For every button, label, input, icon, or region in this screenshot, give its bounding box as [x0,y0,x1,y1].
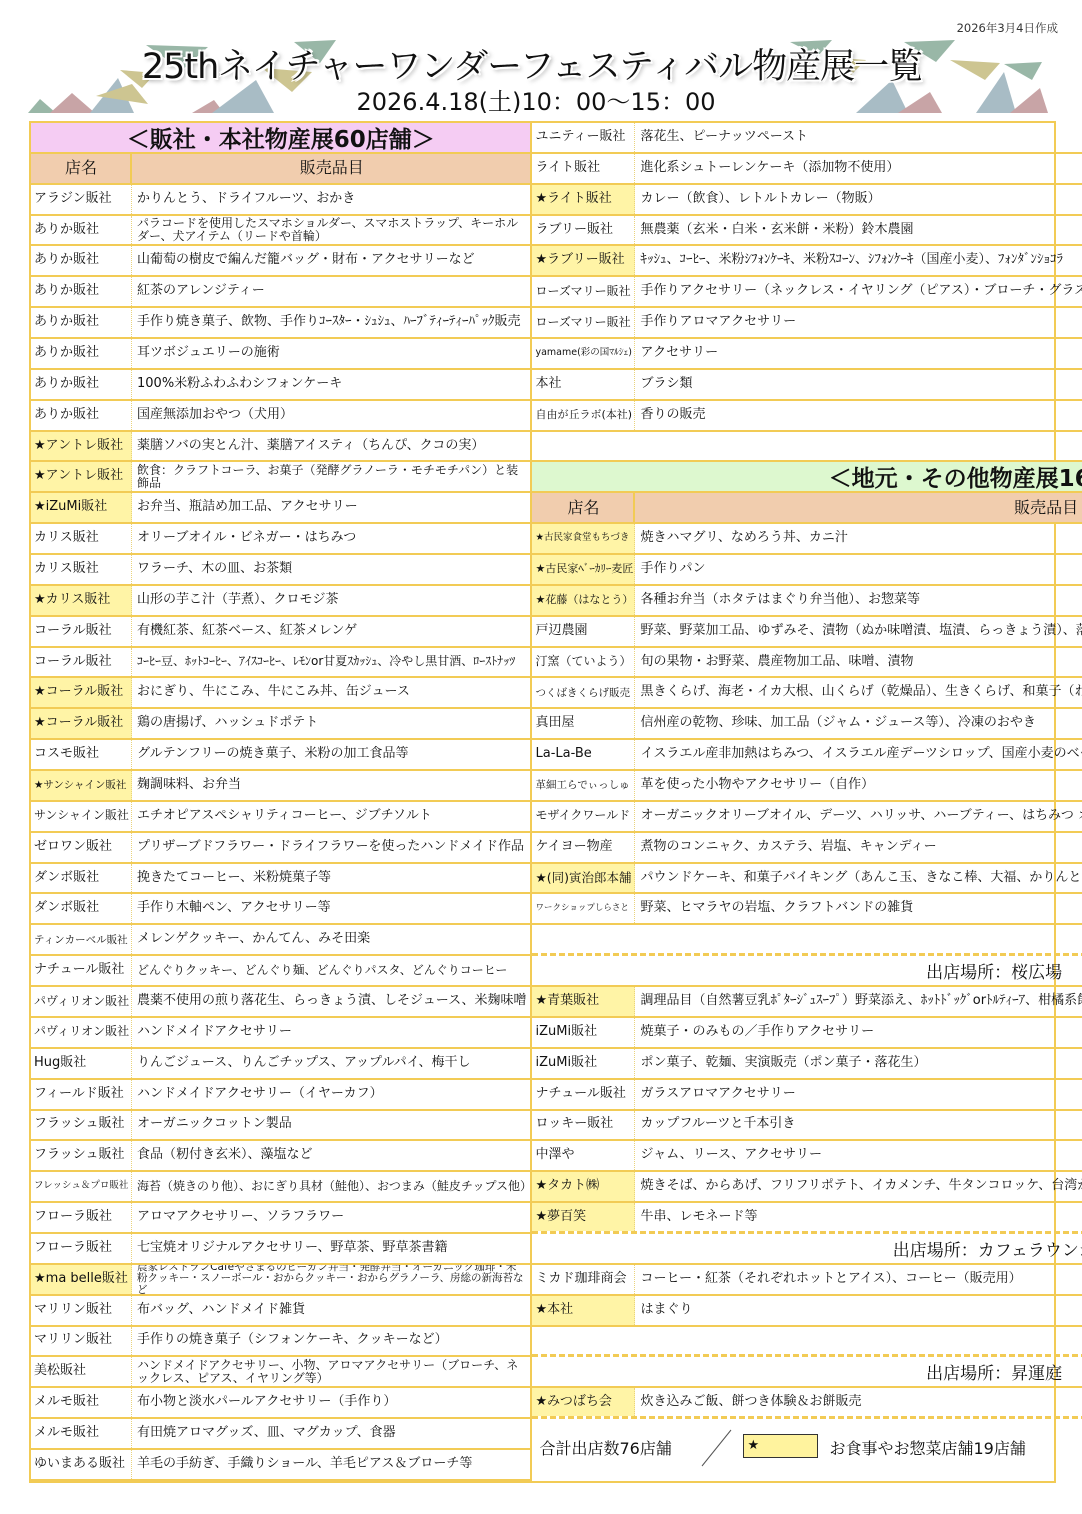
shop-name: ありか販社 [31,277,132,306]
products: 羊毛の手紡ぎ、手織りショール、羊毛ピアス＆ブローチ等 [132,1450,530,1479]
shop-name: iZuMi販社 [532,1018,635,1047]
location-label-cafe-lounge: 出店場所：カフェラウンジ [532,1234,1082,1265]
table-row: メルモ販社有田焼アロマグッズ、皿、マグカップ、食器 [31,1419,530,1450]
products: 香りの販売 [635,401,1082,430]
shop-name: ★みつばち会 [532,1388,635,1416]
blank-row [532,432,1082,463]
table-row: ロッキー販社カップフルーツと千本引き [532,1111,1082,1142]
products: 牛串、レモネード等 [635,1203,1082,1231]
shop-name: ★コーラル販社 [31,709,132,738]
products: アロマアクセサリー、ソラフラワー [132,1203,530,1232]
shop-name: Hug販社 [31,1049,132,1078]
table-row: フローラ販社七宝焼オリジナルアクセサリー、野草茶、野草茶書籍 [31,1234,530,1265]
table-row: カリス販社オリーブオイル・ビネガー・はちみつ [31,524,530,555]
table-row: 本社ブラシ類 [532,370,1082,401]
shop-name: ★iZuMi販社 [31,493,132,522]
table-row: ダンボ販社挽きたてコーヒー、米粉焼菓子等 [31,864,530,895]
shop-name: モザイクワールド [532,802,635,831]
total-shop-count: 合計出店数76店舗 [539,1438,671,1460]
shop-name: ★ラブリー販社 [532,246,635,275]
products: ポン菓子、乾麺、実演販売（ポン菓子・落花生） [635,1049,1082,1078]
shop-name: ありか販社 [31,246,132,275]
table-row: ★コーラル販社鶏の唐揚げ、ハッシュドポテト [31,709,530,740]
table-row: ありか販社紅茶のアレンジティー [31,277,530,308]
table-row: iZuMi販社ポン菓子、乾麺、実演販売（ポン菓子・落花生） [532,1049,1082,1080]
shop-name: ★サンシャイン販社 [31,771,132,800]
products: 七宝焼オリジナルアクセサリー、野草茶、野草茶書籍 [132,1234,530,1263]
shop-name: 真田屋 [532,709,635,738]
products: エチオピアスペシャリティコーヒー、ジブチソルト [132,802,530,831]
products: 旬の果物・お野菜、農産物加工品、味噌、漬物 [635,648,1082,677]
products: 野菜、野菜加工品、ゆずみそ、漬物（ぬか味噌漬、塩漬、らっきょう漬）、落花生 [635,617,1082,646]
shop-name: つくばきくらげ販売 [532,678,635,707]
table-row: ナチュール販社どんぐりクッキー、どんぐり麺、どんぐりパスタ、どんぐりコーヒー [31,956,530,987]
shop-name: ありか販社 [31,308,132,337]
shop-name: ローズマリー販社 [532,277,635,306]
table-row: ★カリス販社山形の芋こ汁（芋煮）、クロモジ茶 [31,586,530,617]
shop-name: ラブリー販社 [532,216,635,245]
table-row: ★ラブリー販社ｷｯｼｭ、ｺｰﾋｰ、米粉ｼﾌｫﾝｹｰｷ、米粉ｽｺｰﾝ、ｼﾌｫﾝｹｰ… [532,246,1082,277]
products: 各種お弁当（ホタテはまぐり弁当他）、お惣菜等 [635,586,1082,615]
products: 有機紅茶、紅茶ベース、紅茶メレンゲ [132,617,530,646]
products: ｷｯｼｭ、ｺｰﾋｰ、米粉ｼﾌｫﾝｹｰｷ、米粉ｽｺｰﾝ、ｼﾌｫﾝｹｰｷ（国産小麦）… [635,246,1082,275]
products: ガラスアロマアクセサリー [635,1080,1082,1109]
shop-name: マリリン販社 [31,1327,132,1356]
products: ジャム、リース、アクセサリー [635,1141,1082,1170]
table-row: ★古民家食堂もちづき焼きハマグリ、なめろう丼、カニ汁 [532,524,1082,555]
shop-name: ありか販社 [31,216,132,245]
shop-name: ★古民家ﾍﾞｰｶﾘｰ麦匠 [532,555,635,584]
table-row: 戸辺農園野菜、野菜加工品、ゆずみそ、漬物（ぬか味噌漬、塩漬、らっきょう漬）、落花… [532,617,1082,648]
products: 食品（籾付き玄米）、藻塩など [132,1141,530,1170]
table-row: ミカド珈琲商会コーヒー・紅茶（それぞれホットとアイス）、コーヒー（販売用） [532,1265,1082,1296]
shop-name: ナチュール販社 [532,1080,635,1109]
table-row: モザイクワールドオーガニックオリーブオイル、デーツ、ハリッサ、ハーブティー、はち… [532,802,1082,833]
shop-name: ありか販社 [31,401,132,430]
products: カップフルーツと千本引き [635,1111,1082,1140]
shop-name: ★カリス販社 [31,586,132,615]
column-header-row: 店名 販売品目 [532,493,1082,524]
products: 手作り焼き菓子、飲物、手作りｺｰｽﾀｰ・ｼｭｼｭ、ﾊｰﾌﾞﾃｨｰﾃｨｰﾊﾟｯｸ販… [132,308,530,337]
table-row: ゆいまある販社羊毛の手紡ぎ、手織りショール、羊毛ピアス＆ブローチ等 [31,1450,530,1481]
products: ブラシ類 [635,370,1082,399]
legend-star-swatch: ★ [743,1434,818,1458]
shop-name: ゼロワン販社 [31,833,132,862]
right-table: ユニティー販社落花生、ピーナッツペーストライト販社進化系シュトーレンケーキ（添加… [532,123,1082,1481]
products: 焼きハマグリ、なめろう丼、カニ汁 [635,524,1082,553]
shop-name: ユニティー販社 [532,123,635,152]
table-row: ★古民家ﾍﾞｰｶﾘｰ麦匠手作りパン [532,555,1082,586]
shop-name: ★(同)寅治郎本舗 [532,864,635,893]
table-row: コーラル販社ｺｰﾋｰ豆、ﾎｯﾄｺｰﾋｰ、ｱｲｽｺｰﾋｰ、ﾚﾓﾝor甘夏ｽｶｯｼｭ… [31,648,530,679]
table-row: ★みつばち会炊き込みご飯、餅つき体験＆お餅販売 [532,1388,1082,1419]
shop-name: ミカド珈琲商会 [532,1265,635,1294]
products: 進化系シュトーレンケーキ（添加物不使用） [635,154,1082,183]
products: 薬膳ソバの実とん汁、薬膳アイスティ（ちんぴ、クコの実） [132,432,530,461]
shop-name: ★ma belle販社 [31,1265,132,1294]
table-row: 美松販社ハンドメイドアクセサリー、小物、アロマアクセサリー（ブローチ、ネックレス… [31,1357,530,1388]
shop-name: 中澤や [532,1141,635,1170]
table-row: 革細工らでぃっしゅ革を使った小物やアクセサリー（自作） [532,771,1082,802]
shop-name: 汀窯（ていよう） [532,648,635,677]
exhibitor-board: ＜販社・本社物産展60店舗＞ 店名 販売品目 アラジン販社かりんとう、ドライフル… [29,121,1056,1483]
products: 革を使った小物やアクセサリー（自作） [635,771,1082,800]
products: 布小物と淡水パールアクセサリー（手作り） [132,1388,530,1417]
shop-name: 革細工らでぃっしゅ [532,771,635,800]
shop-name: ★古民家食堂もちづき [532,524,635,553]
products: パラコードを使用したスマホショルダー、スマホストラップ、キーホルダー、犬アイテム… [132,216,530,245]
table-row: ★花藤（はなとう）各種お弁当（ホタテはまぐり弁当他）、お惣菜等 [532,586,1082,617]
table-row: ありか販社パラコードを使用したスマホショルダー、スマホストラップ、キーホルダー、… [31,216,530,247]
products: はまぐり [635,1296,1082,1325]
products: 調理品目（自然薯豆乳ﾎﾟﾀｰｼﾞｭｽｰﾌﾟ）野菜添え、ﾎｯﾄﾄﾞｯｸﾞorﾄﾙﾃ… [635,987,1082,1016]
location-label-shoun-tei: 出店場所：昇運庭 [532,1357,1082,1388]
table-row: ありか販社山葡萄の樹皮で編んだ籠バッグ・財布・アクセサリーなど [31,246,530,277]
table-row: ゼロワン販社プリザーブドフラワー・ドライフラワーを使ったハンドメイド作品 [31,833,530,864]
products: 落花生、ピーナッツペースト [635,123,1082,152]
shop-name: フレッシュ＆プロ販社 [31,1172,132,1201]
table-row: La-La-Beイスラエル産非加熱はちみつ、イスラエル産デーツシロップ、国産小麦… [532,740,1082,771]
products: オーガニックコットン製品 [132,1111,530,1140]
shop-name: ★本社 [532,1296,635,1325]
table-row: ★アントレ販社薬膳ソバの実とん汁、薬膳アイスティ（ちんぴ、クコの実） [31,432,530,463]
shop-name: ティンカーベル販社 [31,925,132,954]
products: 手作り木軸ペン、アクセサリー等 [132,894,530,923]
products: ハンドメイドアクセサリー（イヤーカフ） [132,1080,530,1109]
shop-name: ★青葉販社 [532,987,635,1016]
table-row: iZuMi販社焼菓子・のみもの／手作りアクセサリー [532,1018,1082,1049]
shop-name: 本社 [532,370,635,399]
products: ワラーチ、木の皿、お茶類 [132,555,530,584]
table-row: ユニティー販社落花生、ピーナッツペースト [532,123,1082,154]
honsha-table: ＜販社・本社物産展60店舗＞ 店名 販売品目 アラジン販社かりんとう、ドライフル… [31,123,532,1481]
shop-name: ★タカト㈱ [532,1172,635,1201]
products: 手作りアロマアクセサリー [635,308,1082,337]
products: イスラエル産非加熱はちみつ、イスラエル産デーツシロップ、国産小麦のベーグル、手作… [635,740,1082,769]
table-row: ★サンシャイン販社麹調味料、お弁当 [31,771,530,802]
shop-name: ★ライト販社 [532,185,635,214]
table-row: ★ライト販社カレー（飲食）、レトルトカレー（物販） [532,185,1082,216]
column-header-products: 販売品目 [132,154,530,183]
table-row: ありか販社100%米粉ふわふわシフォンケーキ [31,370,530,401]
products: お弁当、瓶詰め加工品、アクセサリー [132,493,530,522]
table-row: サンシャイン販社エチオピアスペシャリティコーヒー、ジブチソルト [31,802,530,833]
table-row: ダンボ販社手作り木軸ペン、アクセサリー等 [31,894,530,925]
table-row: 自由が丘ラボ(本社)香りの販売 [532,401,1082,432]
products: おにぎり、牛にこみ、牛にこみ丼、缶ジュース [132,678,530,707]
shop-name: コーラル販社 [31,617,132,646]
shop-name: ケイヨー物産 [532,833,635,862]
shop-name: La-La-Be [532,740,635,769]
shop-name: iZuMi販社 [532,1049,635,1078]
shop-name: ★花藤（はなとう） [532,586,635,615]
slash-divider-icon [698,1428,734,1468]
products: 野菜、ヒマラヤの岩塩、クラフトバンドの雑貨 [635,894,1082,923]
shop-name: ローズマリー販社 [532,308,635,337]
products: 鶏の唐揚げ、ハッシュドポテト [132,709,530,738]
table-row: ★本社はまぐり [532,1296,1082,1327]
products: 国産無添加おやつ（犬用） [132,401,530,430]
table-row: Hug販社りんごジュース、りんごチップス、アップルパイ、梅干し [31,1049,530,1080]
page-title: 25thネイチャーワンダーフェスティバル物産展一覧 [0,44,1064,90]
shop-name: メルモ販社 [31,1388,132,1417]
table-row: パヴィリオン販社農薬不使用の煎り落花生、らっきょう漬、しそジュース、米麹味噌 [31,987,530,1018]
products: パウンドケーキ、和菓子バイキング（あんこ玉、きなこ棒、大福、かりんとうまんじゅう… [635,864,1082,893]
products: 無農薬（玄米・白米・玄米餅・米粉）鈴木農園 [635,216,1082,245]
table-row: 中澤やジャム、リース、アクセサリー [532,1141,1082,1172]
table-row: コーラル販社有機紅茶、紅茶ベース、紅茶メレンゲ [31,617,530,648]
shop-name: ダンボ販社 [31,864,132,893]
shop-name: コーラル販社 [31,648,132,677]
table-row: ティンカーベル販社メレンゲクッキー、かんてん、みそ田楽 [31,925,530,956]
shop-name: ★コーラル販社 [31,678,132,707]
table-row: ローズマリー販社手作りアクセサリー（ネックレス・イヤリング（ピアス）・ブローチ・… [532,277,1082,308]
products: 山葡萄の樹皮で編んだ籠バッグ・財布・アクセサリーなど [132,246,530,275]
table-row: マリリン販社手作りの焼き菓子（シフォンケーキ、クッキーなど） [31,1327,530,1358]
shop-name: ロッキー販社 [532,1111,635,1140]
column-header-row: 店名 販売品目 [31,154,530,185]
location-label-sakura-hiroba: 出店場所：桜広場 [532,956,1082,987]
shop-name: 自由が丘ラボ(本社) [532,401,635,430]
shop-name: ★アントレ販社 [31,462,132,491]
summary-footer: 合計出店数76店舗 ★ お食事やお惣菜店舗19店舗 [532,1419,1082,1481]
shop-name: アラジン販社 [31,185,132,214]
shop-name: ありか販社 [31,339,132,368]
table-row: yamame(彩の国ﾏﾙｼｪ)アクセサリー [532,339,1082,370]
shop-name: ワークショップしらさと [532,894,635,923]
products: 100%米粉ふわふわシフォンケーキ [132,370,530,399]
products: カレー（飲食）、レトルトカレー（物販） [635,185,1082,214]
products: ハンドメイドアクセサリー [132,1018,530,1047]
table-row: ★タカト㈱焼きそば、からあげ、フリフリポテト、イカメンチ、牛タンコロッケ、台湾か… [532,1172,1082,1203]
column-header-products: 販売品目 [635,493,1082,522]
local-section-title: ＜地元・その他物産展16店舗＞ [532,462,1082,493]
table-row: つくばきくらげ販売黒きくらげ、海老・イカ大根、山くらげ（乾燥品）、生きくらげ、和… [532,678,1082,709]
shop-name: フローラ販社 [31,1203,132,1232]
products: 信州産の乾物、珍味、加工品（ジャム・ジュース等）、冷凍のおやき [635,709,1082,738]
table-row: ★iZuMi販社お弁当、瓶詰め加工品、アクセサリー [31,493,530,524]
shop-name: パヴィリオン販社 [31,987,132,1016]
products: 耳ツボジュエリーの施術 [132,339,530,368]
products: どんぐりクッキー、どんぐり麺、どんぐりパスタ、どんぐりコーヒー [132,956,530,985]
products: 紅茶のアレンジティー [132,277,530,306]
products: オリーブオイル・ビネガー・はちみつ [132,524,530,553]
table-row: ありか販社手作り焼き菓子、飲物、手作りｺｰｽﾀｰ・ｼｭｼｭ、ﾊｰﾌﾞﾃｨｰﾃｨｰ… [31,308,530,339]
table-row: カリス販社ワラーチ、木の皿、お茶類 [31,555,530,586]
shop-name: ★アントレ販社 [31,432,132,461]
table-row: ケイヨー物産煮物のコンニャク、カステラ、岩塩、キャンディー [532,833,1082,864]
shop-name: ダンボ販社 [31,894,132,923]
products: 布バッグ、ハンドメイド雑貨 [132,1296,530,1325]
products: 手作りの焼き菓子（シフォンケーキ、クッキーなど） [132,1327,530,1356]
products: 炊き込みご飯、餅つき体験＆お餅販売 [635,1388,1082,1416]
products: 手作りアクセサリー（ネックレス・イヤリング（ピアス）・ブローチ・グラスコード） [635,277,1082,306]
products: 麹調味料、お弁当 [132,771,530,800]
shop-name: ナチュール販社 [31,956,132,985]
products: 農家レストランCaféやさまるのビーガン弁当・発酵弁当・オーガニック珈琲・米粉ク… [132,1265,530,1294]
shop-name: フィールド販社 [31,1080,132,1109]
products: メレンゲクッキー、かんてん、みそ田楽 [132,925,530,954]
table-row: ★(同)寅治郎本舗パウンドケーキ、和菓子バイキング（あんこ玉、きなこ棒、大福、か… [532,864,1082,895]
shop-name: カリス販社 [31,524,132,553]
shop-name: フラッシュ販社 [31,1111,132,1140]
table-row: ナチュール販社ガラスアロマアクセサリー [532,1080,1082,1111]
table-row: マリリン販社布バッグ、ハンドメイド雑貨 [31,1296,530,1327]
table-row: フローラ販社アロマアクセサリー、ソラフラワー [31,1203,530,1234]
legend-food-shop-count: お食事やお惣菜店舗19店舗 [829,1438,1025,1460]
shop-name: フラッシュ販社 [31,1141,132,1170]
shop-name: サンシャイン販社 [31,802,132,831]
products: 黒きくらげ、海老・イカ大根、山くらげ（乾燥品）、生きくらげ、和菓子（わらび餅、草… [635,678,1082,707]
table-row: ありか販社国産無添加おやつ（犬用） [31,401,530,432]
products: コーヒー・紅茶（それぞれホットとアイス）、コーヒー（販売用） [635,1265,1082,1294]
products: 山形の芋こ汁（芋煮）、クロモジ茶 [132,586,530,615]
products: 農薬不使用の煎り落花生、らっきょう漬、しそジュース、米麹味噌 [132,987,530,1016]
shop-name: フローラ販社 [31,1234,132,1263]
products: アクセサリー [635,339,1082,368]
table-row: フィールド販社ハンドメイドアクセサリー（イヤーカフ） [31,1080,530,1111]
products: かりんとう、ドライフルーツ、おかき [132,185,530,214]
table-row: フレッシュ＆プロ販社海苔（焼きのり他）、おにぎり具材（鮭他）、おつまみ（鮭皮チッ… [31,1172,530,1203]
honsha-section-title: ＜販社・本社物産展60店舗＞ [31,123,530,154]
products: プリザーブドフラワー・ドライフラワーを使ったハンドメイド作品 [132,833,530,862]
products: ｺｰﾋｰ豆、ﾎｯﾄｺｰﾋｰ、ｱｲｽｺｰﾋｰ、ﾚﾓﾝor甘夏ｽｶｯｼｭ、冷やし黒甘… [132,648,530,677]
table-row: アラジン販社かりんとう、ドライフルーツ、おかき [31,185,530,216]
table-row: ★コーラル販社おにぎり、牛にこみ、牛にこみ丼、缶ジュース [31,678,530,709]
event-datetime: 2026.4.18(土)10：00〜15：00 [0,86,1072,118]
blank-row [532,1327,1082,1358]
products: オーガニックオリーブオイル、デーツ、ハリッサ、ハーブティー、はちみつ オリーブウ… [635,802,1082,831]
table-row: コスモ販社グルテンフリーの焼き菓子、米粉の加工食品等 [31,740,530,771]
table-row: ★ma belle販社農家レストランCaféやさまるのビーガン弁当・発酵弁当・オ… [31,1265,530,1296]
products: 焼菓子・のみもの／手作りアクセサリー [635,1018,1082,1047]
table-row: 真田屋信州産の乾物、珍味、加工品（ジャム・ジュース等）、冷凍のおやき [532,709,1082,740]
table-row: ラブリー販社無農薬（玄米・白米・玄米餅・米粉）鈴木農園 [532,216,1082,247]
table-row: フラッシュ販社オーガニックコットン製品 [31,1111,530,1142]
table-row: パヴィリオン販社ハンドメイドアクセサリー [31,1018,530,1049]
column-header-shop-name: 店名 [31,154,132,183]
table-row: 汀窯（ていよう）旬の果物・お野菜、農産物加工品、味噌、漬物 [532,648,1082,679]
shop-name: ライト販社 [532,154,635,183]
shop-name: ★夢百笑 [532,1203,635,1231]
table-row: ワークショップしらさと野菜、ヒマラヤの岩塩、クラフトバンドの雑貨 [532,894,1082,925]
shop-name: メルモ販社 [31,1419,132,1448]
table-row: ★夢百笑牛串、レモネード等 [532,1203,1082,1234]
products: 煮物のコンニャク、カステラ、岩塩、キャンディー [635,833,1082,862]
shop-name: パヴィリオン販社 [31,1018,132,1047]
shop-name: マリリン販社 [31,1296,132,1325]
products: 有田焼アロマグッズ、皿、マグカップ、食器 [132,1419,530,1448]
shop-name: コスモ販社 [31,740,132,769]
table-row: ★青葉販社調理品目（自然薯豆乳ﾎﾟﾀｰｼﾞｭｽｰﾌﾟ）野菜添え、ﾎｯﾄﾄﾞｯｸﾞ… [532,987,1082,1018]
column-header-shop-name: 店名 [532,493,635,522]
table-row: ライト販社進化系シュトーレンケーキ（添加物不使用） [532,154,1082,185]
products: りんごジュース、りんごチップス、アップルパイ、梅干し [132,1049,530,1078]
table-row: ローズマリー販社手作りアロマアクセサリー [532,308,1082,339]
table-row: ★アントレ販社飲食：クラフトコーラ、お菓子（発酵グラノーラ・モチモチパン）と装飾… [31,462,530,493]
shop-name: 戸辺農園 [532,617,635,646]
shop-name: ゆいまある販社 [31,1450,132,1479]
products: 焼きそば、からあげ、フリフリポテト、イカメンチ、牛タンコロッケ、台湾かき氷 [635,1172,1082,1201]
shop-name: 美松販社 [31,1357,132,1386]
table-row: フラッシュ販社食品（籾付き玄米）、藻塩など [31,1141,530,1172]
blank-row [532,925,1082,956]
products: 飲食：クラフトコーラ、お菓子（発酵グラノーラ・モチモチパン）と装飾品 [132,462,530,491]
products: 挽きたてコーヒー、米粉焼菓子等 [132,864,530,893]
shop-name: カリス販社 [31,555,132,584]
table-row: ありか販社耳ツボジュエリーの施術 [31,339,530,370]
products: グルテンフリーの焼き菓子、米粉の加工食品等 [132,740,530,769]
shop-name: yamame(彩の国ﾏﾙｼｪ) [532,339,635,368]
shop-name: ありか販社 [31,370,132,399]
products: ハンドメイドアクセサリー、小物、アロマアクセサリー（ブローチ、ネックレス、ピアス… [132,1357,530,1386]
products: 海苔（焼きのり他）、おにぎり具材（鮭他）、おつまみ（鮭皮チップス他） [132,1172,530,1201]
table-row: メルモ販社布小物と淡水パールアクセサリー（手作り） [31,1388,530,1419]
products: 手作りパン [635,555,1082,584]
